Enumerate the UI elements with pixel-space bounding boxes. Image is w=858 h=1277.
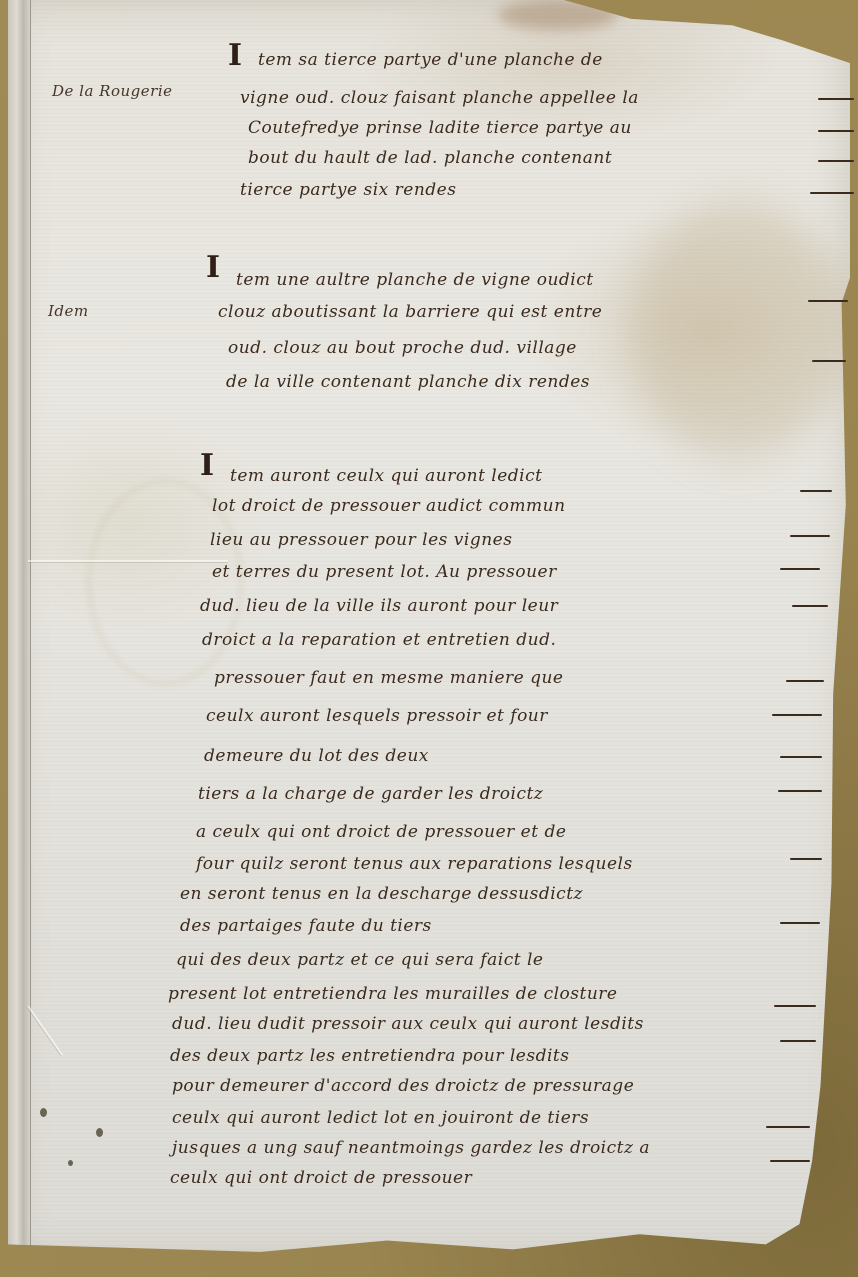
text-line: des partaiges faute du tiers	[180, 916, 432, 936]
text-line: demeure du lot des deux	[204, 746, 429, 766]
line-filler	[792, 605, 828, 607]
text-line: clouz aboutissant la barriere qui est en…	[218, 302, 602, 322]
text-line: oud. clouz au bout proche dud. village	[228, 338, 577, 358]
text-line: four quilz seront tenus aux reparations …	[196, 854, 633, 874]
text-line: qui des deux partz et ce qui sera faict …	[176, 950, 543, 970]
line-filler	[790, 858, 822, 860]
stain	[628, 200, 848, 460]
line-filler	[780, 1040, 816, 1042]
line-filler	[774, 1005, 816, 1007]
text-line: bout du hault de lad. planche contenant	[248, 148, 612, 168]
line-filler	[810, 192, 854, 194]
line-filler	[818, 160, 854, 162]
text-line: lot droict de pressouer audict commun	[212, 496, 566, 516]
worm-hole	[40, 1108, 47, 1117]
entry-initial: I	[228, 38, 243, 73]
text-line: tierce partye six rendes	[240, 180, 456, 200]
text-line: de la ville contenant planche dix rendes	[226, 372, 590, 392]
text-line: pour demeurer d'accord des droictz de pr…	[172, 1076, 634, 1096]
line-filler	[800, 490, 832, 492]
text-line: tem auront ceulx qui auront ledict	[230, 466, 542, 486]
line-filler	[770, 1160, 810, 1162]
paper-crease	[28, 560, 228, 562]
text-line: a ceulx qui ont droict de pressouer et d…	[196, 822, 566, 842]
worm-hole	[68, 1160, 73, 1166]
paper-crease	[27, 1005, 63, 1055]
text-line: jusques a ung sauf neantmoings gardez le…	[172, 1138, 650, 1158]
text-line: lieu au pressouer pour les vignes	[210, 530, 512, 550]
text-line: tiers a la charge de garder les droictz	[198, 784, 543, 804]
text-line: tem une aultre planche de vigne oudict	[236, 270, 594, 290]
binding-spine	[8, 0, 31, 1262]
text-line: des deux partz les entretiendra pour les…	[170, 1046, 569, 1066]
text-line: ceulx qui auront ledict lot en jouiront …	[172, 1108, 589, 1128]
text-line: present lot entretiendra les murailles d…	[168, 984, 618, 1004]
text-line: ceulx auront lesquels pressoir et four	[206, 706, 548, 726]
text-line: dud. lieu de la ville ils auront pour le…	[200, 596, 558, 616]
text-line: en seront tenus en la descharge dessusdi…	[180, 884, 583, 904]
line-filler	[812, 360, 846, 362]
text-line: tem sa tierce partye d'une planche de	[258, 50, 603, 70]
text-line: Coutefredye prinse ladite tierce partye …	[248, 118, 632, 138]
line-filler	[780, 756, 822, 758]
entry-initial: I	[206, 250, 221, 285]
text-line: droict a la reparation et entretien dud.	[202, 630, 556, 650]
margin-note-idem: Idem	[48, 302, 89, 320]
text-line: vigne oud. clouz faisant planche appelle…	[240, 88, 639, 108]
line-filler	[818, 130, 854, 132]
margin-note-rougerie: De la Rougerie	[52, 82, 173, 100]
line-filler	[786, 680, 824, 682]
line-filler	[772, 714, 822, 716]
line-filler	[780, 922, 820, 924]
entry-initial: I	[200, 448, 215, 483]
line-filler	[778, 790, 822, 792]
line-filler	[766, 1126, 810, 1128]
line-filler	[808, 300, 848, 302]
line-filler	[818, 98, 854, 100]
line-filler	[780, 568, 820, 570]
text-line: ceulx qui ont droict de pressouer	[170, 1168, 472, 1188]
text-line: pressouer faut en mesme maniere que	[214, 668, 564, 688]
text-line: dud. lieu dudit pressoir aux ceulx qui a…	[172, 1014, 644, 1034]
text-line: et terres du present lot. Au pressouer	[212, 562, 557, 582]
worm-hole	[96, 1128, 103, 1137]
line-filler	[790, 535, 830, 537]
